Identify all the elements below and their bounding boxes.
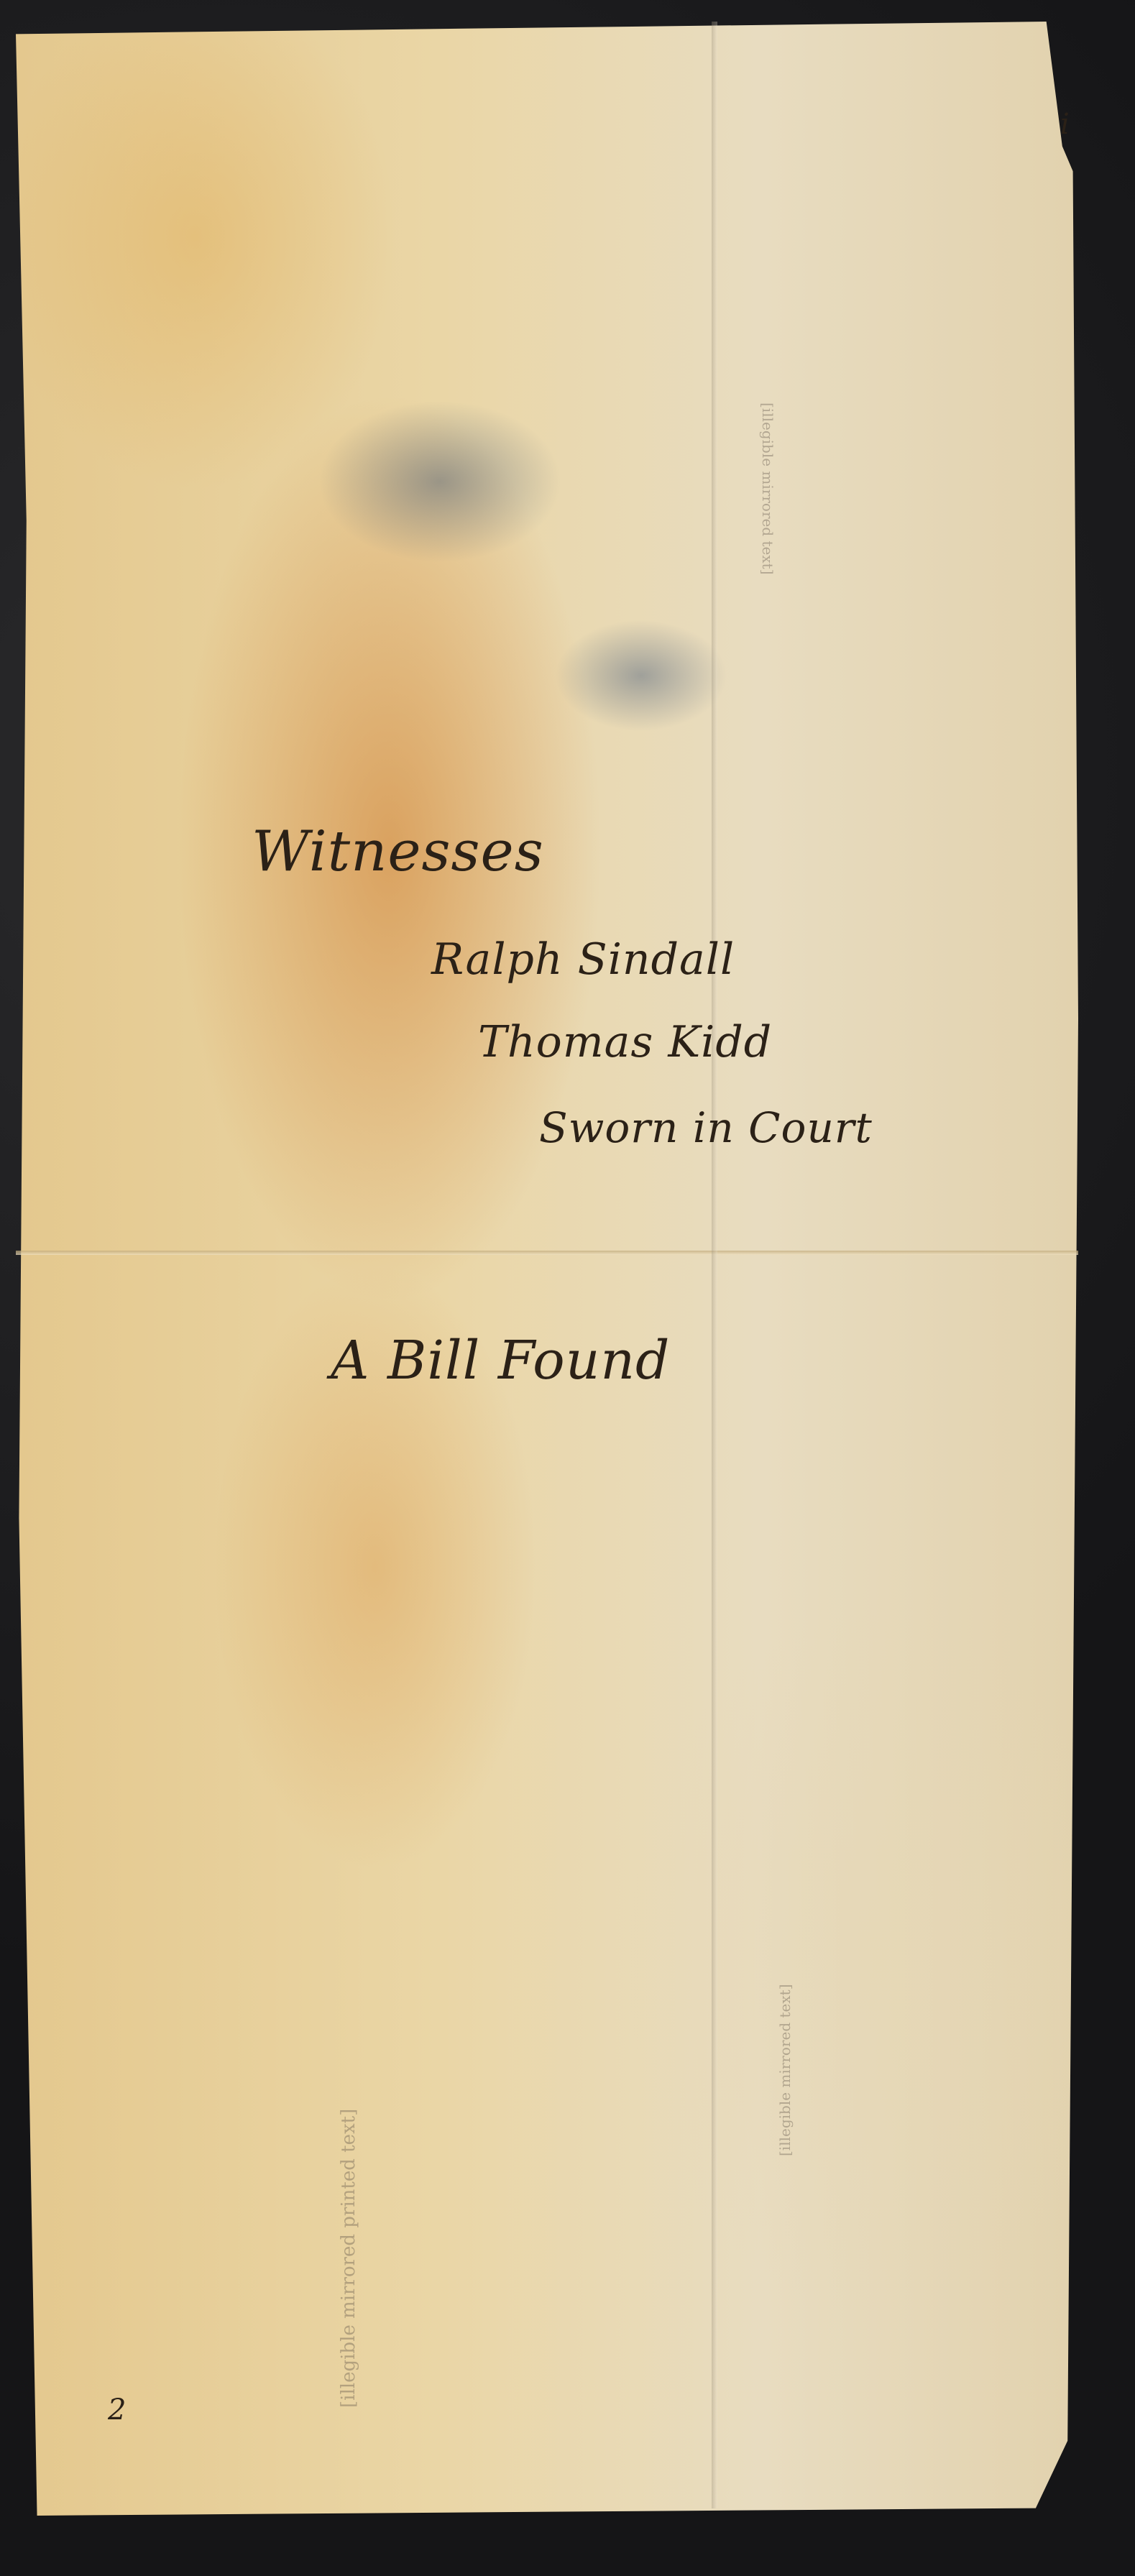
- bleed-through-text-right-lower: [illegible mirrored text]: [776, 1984, 794, 2157]
- bleed-through-text-left: [illegible mirrored printed text]: [338, 2109, 359, 2408]
- corner-mark-top-right: i: [1060, 108, 1070, 141]
- witness-name: Thomas Kidd: [478, 1017, 772, 1067]
- sworn-note: Sworn in Court: [539, 1103, 873, 1152]
- parchment-sheet: [16, 22, 1078, 2516]
- witnesses-heading: Witnesses: [252, 819, 544, 884]
- vertical-fold-line: [712, 22, 717, 2508]
- horizontal-fold-line: [16, 1251, 1078, 1255]
- bleed-through-text-right-upper: [illegible mirrored text]: [759, 402, 776, 575]
- bill-found-verdict: A Bill Found: [331, 1330, 670, 1391]
- witness-name: Ralph Sindall: [431, 934, 735, 985]
- corner-mark-bottom-left: 2: [108, 2393, 126, 2426]
